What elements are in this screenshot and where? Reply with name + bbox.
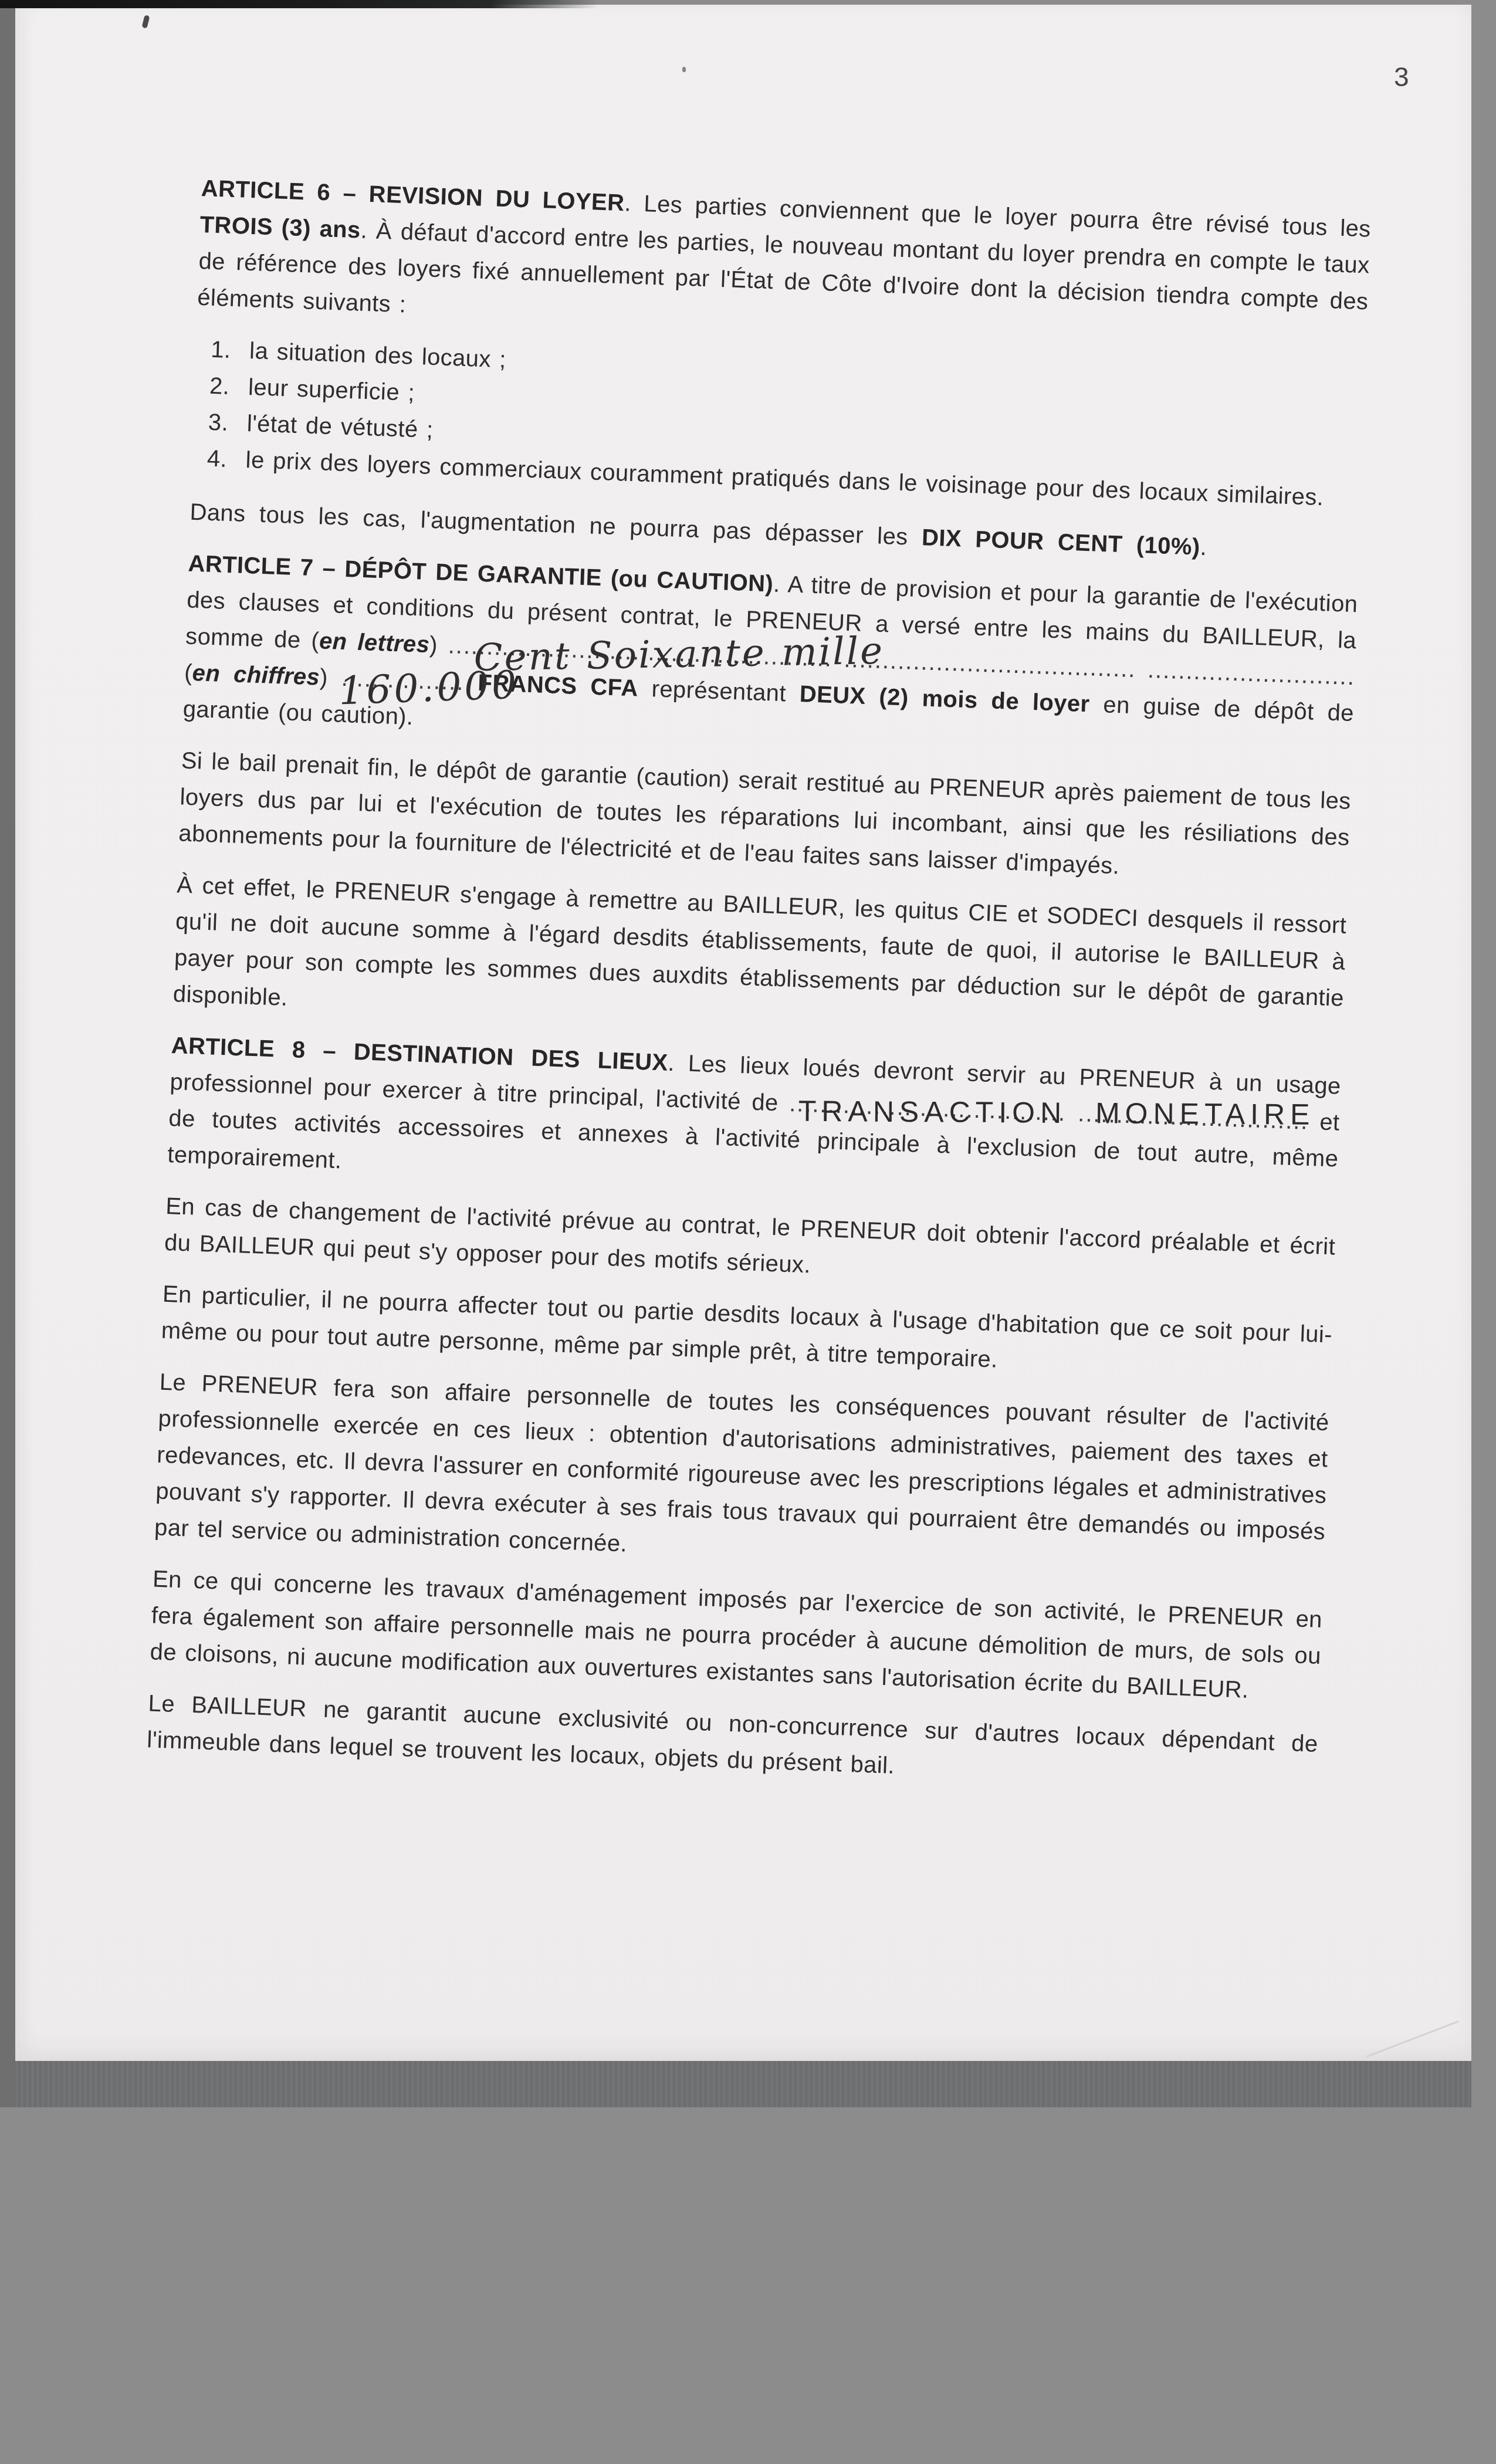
page-number: 3 xyxy=(1394,61,1410,93)
scan-speck xyxy=(141,15,150,29)
handwritten-activity: TRANSACTION MONETAIRE xyxy=(798,1093,1315,1133)
article6-term-bold: TROIS (3) ans xyxy=(199,212,361,243)
fill-in-amount-figures: ........160.000 xyxy=(341,660,404,699)
scanner-top-edge xyxy=(0,0,598,8)
fill-in-activity: ......TRANSACTION MONETAIRE xyxy=(788,1085,836,1123)
cap-intro: Dans tous les cas, l'augmentation ne pou… xyxy=(189,499,922,551)
en-chiffres-label: en chiffres xyxy=(192,660,320,691)
paragraph-quitus: À cet effet, le PRENEUR s'engage à remet… xyxy=(172,867,1347,1052)
list-item-number: 4. xyxy=(207,441,246,478)
page-corner-crease xyxy=(1366,2020,1459,2057)
article8-heading: ARTICLE 8 – DESTINATION DES LIEUX xyxy=(171,1033,668,1076)
paper-bottom-shadow xyxy=(0,2060,1471,2107)
paragraph-article8-destination: ARTICLE 8 – DESTINATION DES LIEUX. Les l… xyxy=(167,1027,1341,1213)
paragraph-travaux-amenagement: En ce qui concerne les travaux d'aménage… xyxy=(150,1561,1323,1711)
after-lettres: ) xyxy=(429,632,448,658)
fill-in-amount-words: ............Cent Soixante mille xyxy=(448,627,541,666)
document-page: 3 ARTICLE 6 – REVISION DU LOYER. Les par… xyxy=(15,5,1471,2061)
document-content: ARTICLE 6 – REVISION DU LOYER. Les parti… xyxy=(146,170,1372,1814)
list-item-number: 1. xyxy=(210,331,250,369)
paragraph-restitution: Si le bail prenait fin, le dépôt de gara… xyxy=(178,742,1351,892)
list-item-number: 3. xyxy=(208,404,248,442)
en-lettres-label: en lettres xyxy=(319,628,430,658)
deux-mois-bold: DEUX (2) mois de loyer xyxy=(799,681,1090,717)
representant-text: représentant xyxy=(638,676,800,708)
list-item-number: 2. xyxy=(209,368,249,405)
handwritten-amount-figures: 160.000 xyxy=(338,667,520,710)
paragraph-affaire-personnelle: Le PRENEUR fera son affaire personnelle … xyxy=(154,1364,1330,1586)
handwritten-amount-words: Cent Soixante mille xyxy=(473,633,884,676)
revision-criteria-list: 1.la situation des locaux ; 2.leur super… xyxy=(191,331,1366,517)
article6-heading: ARTICLE 6 – REVISION DU LOYER xyxy=(201,175,625,216)
cap-end: . xyxy=(1200,534,1207,560)
cap-bold: DIX POUR CENT (10%) xyxy=(921,524,1200,560)
paragraph-article7-depot: ARTICLE 7 – DÉPÔT DE GARANTIE (ou CAUTIO… xyxy=(182,546,1359,768)
scanner-left-edge xyxy=(0,0,15,2107)
scan-speck xyxy=(682,67,686,72)
paragraph-article6-revision: ARTICLE 6 – REVISION DU LOYER. Les parti… xyxy=(197,170,1371,356)
